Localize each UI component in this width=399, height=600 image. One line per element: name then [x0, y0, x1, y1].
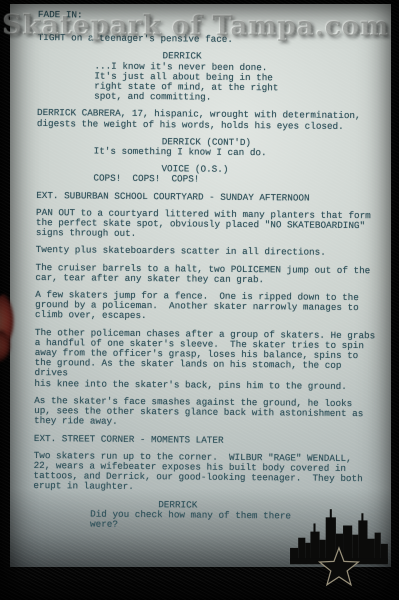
- script-block-dialogue: It's something I know I can do.: [94, 147, 322, 159]
- script-block-action: PAN OUT to a courtyard littered with man…: [36, 208, 381, 242]
- script-block-scene-heading: EXT. STREET CORNER - MOMENTS LATER: [34, 433, 379, 447]
- script-block-dialogue: ...I know it's never been done. It's jus…: [94, 61, 322, 104]
- screenplay-text: FADE IN: TIGHT on a teenager's pensive f…: [33, 10, 383, 539]
- skatepark-of-tampa-logo: [288, 507, 394, 597]
- script-block-dialogue: COPS! COPS! COPS!: [93, 174, 321, 186]
- script-block-action: As the skater's face smashes against the…: [34, 396, 379, 430]
- script-block-action: DERRICK CABRERA, 17, hispanic, wrought w…: [37, 108, 382, 132]
- script-block-action: A few skaters jump for a fence. One is r…: [35, 290, 380, 324]
- watermark-text: Skatepark of Tampa.com: [3, 10, 399, 42]
- script-block-action: Twenty plus skateboarders scatter in all…: [36, 245, 381, 259]
- script-photo: FADE IN: TIGHT on a teenager's pensive f…: [0, 0, 399, 600]
- script-block-action: Two skaters run up to the corner. WILBUR…: [33, 451, 378, 495]
- script-block-dialogue: Did you check how many of them there wer…: [90, 509, 318, 532]
- script-block-action: The cruiser barrels to a halt, two POLIC…: [35, 263, 380, 287]
- script-block-action: The other policeman chases after a group…: [34, 328, 380, 393]
- script-block-scene-heading: EXT. SUBURBAN SCHOOL COURTYARD - SUNDAY …: [36, 191, 381, 205]
